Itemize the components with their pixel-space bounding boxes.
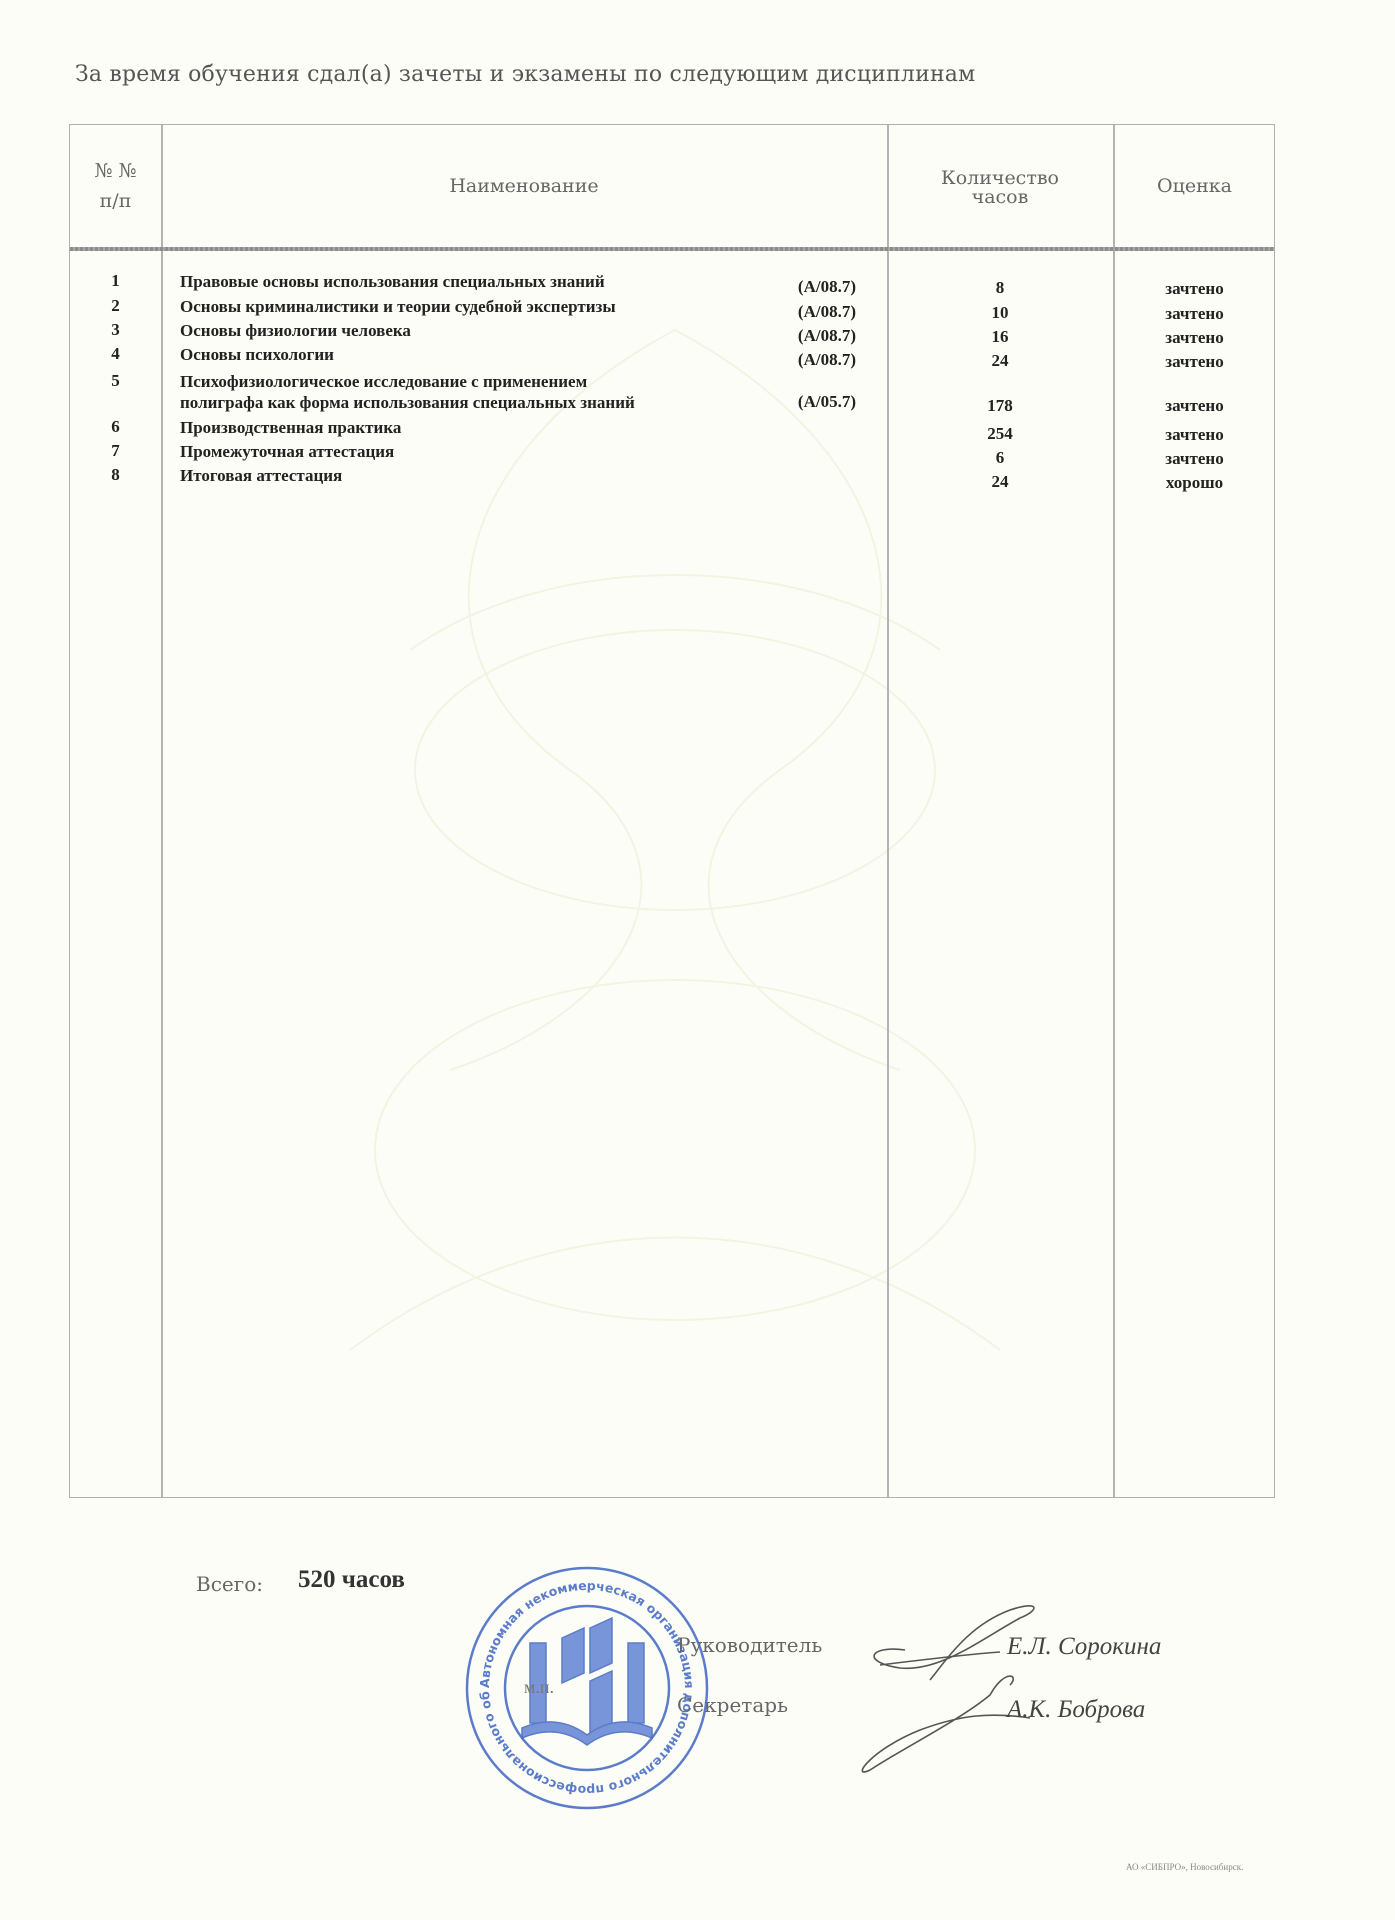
row-hours: 178 xyxy=(887,396,1113,416)
row-hours: 8 xyxy=(887,278,1113,298)
header-number: № № п/п xyxy=(70,125,161,247)
header-number-line1: № № xyxy=(95,160,137,182)
header-name-text: Наименование xyxy=(449,175,598,197)
discipline-name-line: Промежуточная аттестация xyxy=(180,441,860,462)
row-grade: зачтено xyxy=(1113,279,1276,299)
disciplines-table: № № п/п Наименование Количество часов Оц… xyxy=(69,124,1275,1498)
row-number: 6 xyxy=(70,417,161,437)
header-hours-line2: часов xyxy=(972,189,1029,205)
row-discipline-name: Промежуточная аттестация xyxy=(180,441,860,462)
row-grade: зачтено xyxy=(1113,304,1276,324)
row-number: 1 xyxy=(70,271,161,291)
row-competency-code: (А/05.7) xyxy=(786,392,856,412)
row-grade: зачтено xyxy=(1113,425,1276,445)
row-number: 5 xyxy=(70,371,161,391)
row-number: 2 xyxy=(70,296,161,316)
row-number: 7 xyxy=(70,441,161,461)
row-number: 8 xyxy=(70,465,161,485)
printer-imprint: АО «СИБПРО», Новосибирск. xyxy=(1126,1862,1243,1872)
header-number-line2: п/п xyxy=(100,190,132,212)
row-grade: зачтено xyxy=(1113,352,1276,372)
row-grade: зачтено xyxy=(1113,396,1276,416)
total-label: Всего: xyxy=(196,1572,263,1596)
header-grade-text: Оценка xyxy=(1157,175,1232,197)
signature-director xyxy=(840,1600,1060,1780)
row-hours: 254 xyxy=(887,424,1113,444)
row-discipline-name: Основы криминалистики и теории судебной … xyxy=(180,296,860,317)
row-discipline-name: Производственная практика xyxy=(180,417,860,438)
discipline-name-line: Основы физиологии человека xyxy=(180,320,860,341)
discipline-name-line: Основы психологии xyxy=(180,344,860,365)
row-number: 4 xyxy=(70,344,161,364)
institution-stamp: Автономная некоммерческая организация до… xyxy=(462,1563,712,1813)
row-grade: зачтено xyxy=(1113,328,1276,348)
row-discipline-name: Основы психологии xyxy=(180,344,860,365)
row-hours: 24 xyxy=(887,472,1113,492)
discipline-name-line: Итоговая аттестация xyxy=(180,465,860,486)
row-competency-code: (А/08.7) xyxy=(786,277,856,297)
stamp-place-label: м.п. xyxy=(524,1677,554,1698)
column-divider xyxy=(161,125,163,1497)
discipline-name-line: Правовые основы использования специальны… xyxy=(180,271,860,292)
row-number: 3 xyxy=(70,320,161,340)
row-discipline-name: Психофизиологическое исследование с прим… xyxy=(180,371,860,413)
total-value: 520 часов xyxy=(298,1566,405,1594)
role-secretary: Секретарь xyxy=(677,1693,788,1717)
signatory-director-name: Е.Л. Сорокина xyxy=(1007,1633,1161,1661)
svg-text:Автономная некоммерческая орга: Автономная некоммерческая организация до… xyxy=(462,1563,697,1798)
intro-text: За время обучения сдал(а) зачеты и экзам… xyxy=(75,62,975,87)
header-grade: Оценка xyxy=(1113,125,1276,247)
row-hours: 16 xyxy=(887,327,1113,347)
discipline-name-line: Основы криминалистики и теории судебной … xyxy=(180,296,860,317)
role-director: Руководитель xyxy=(677,1633,822,1657)
header-hours: Количество часов xyxy=(887,125,1113,247)
discipline-name-line: Производственная практика xyxy=(180,417,860,438)
row-discipline-name: Итоговая аттестация xyxy=(180,465,860,486)
header-name: Наименование xyxy=(161,125,887,247)
row-hours: 6 xyxy=(887,448,1113,468)
row-competency-code: (А/08.7) xyxy=(786,350,856,370)
discipline-name-line: полиграфа как форма использования специа… xyxy=(180,392,860,413)
row-competency-code: (А/08.7) xyxy=(786,326,856,346)
signatory-secretary-name: А.К. Боброва xyxy=(1007,1696,1145,1724)
row-discipline-name: Правовые основы использования специальны… xyxy=(180,271,860,292)
discipline-name-line: Психофизиологическое исследование с прим… xyxy=(180,371,860,392)
row-hours: 10 xyxy=(887,303,1113,323)
row-competency-code: (А/08.7) xyxy=(786,302,856,322)
row-grade: зачтено xyxy=(1113,449,1276,469)
row-discipline-name: Основы физиологии человека xyxy=(180,320,860,341)
row-grade: хорошо xyxy=(1113,473,1276,493)
header-separator xyxy=(70,247,1274,251)
row-hours: 24 xyxy=(887,351,1113,371)
